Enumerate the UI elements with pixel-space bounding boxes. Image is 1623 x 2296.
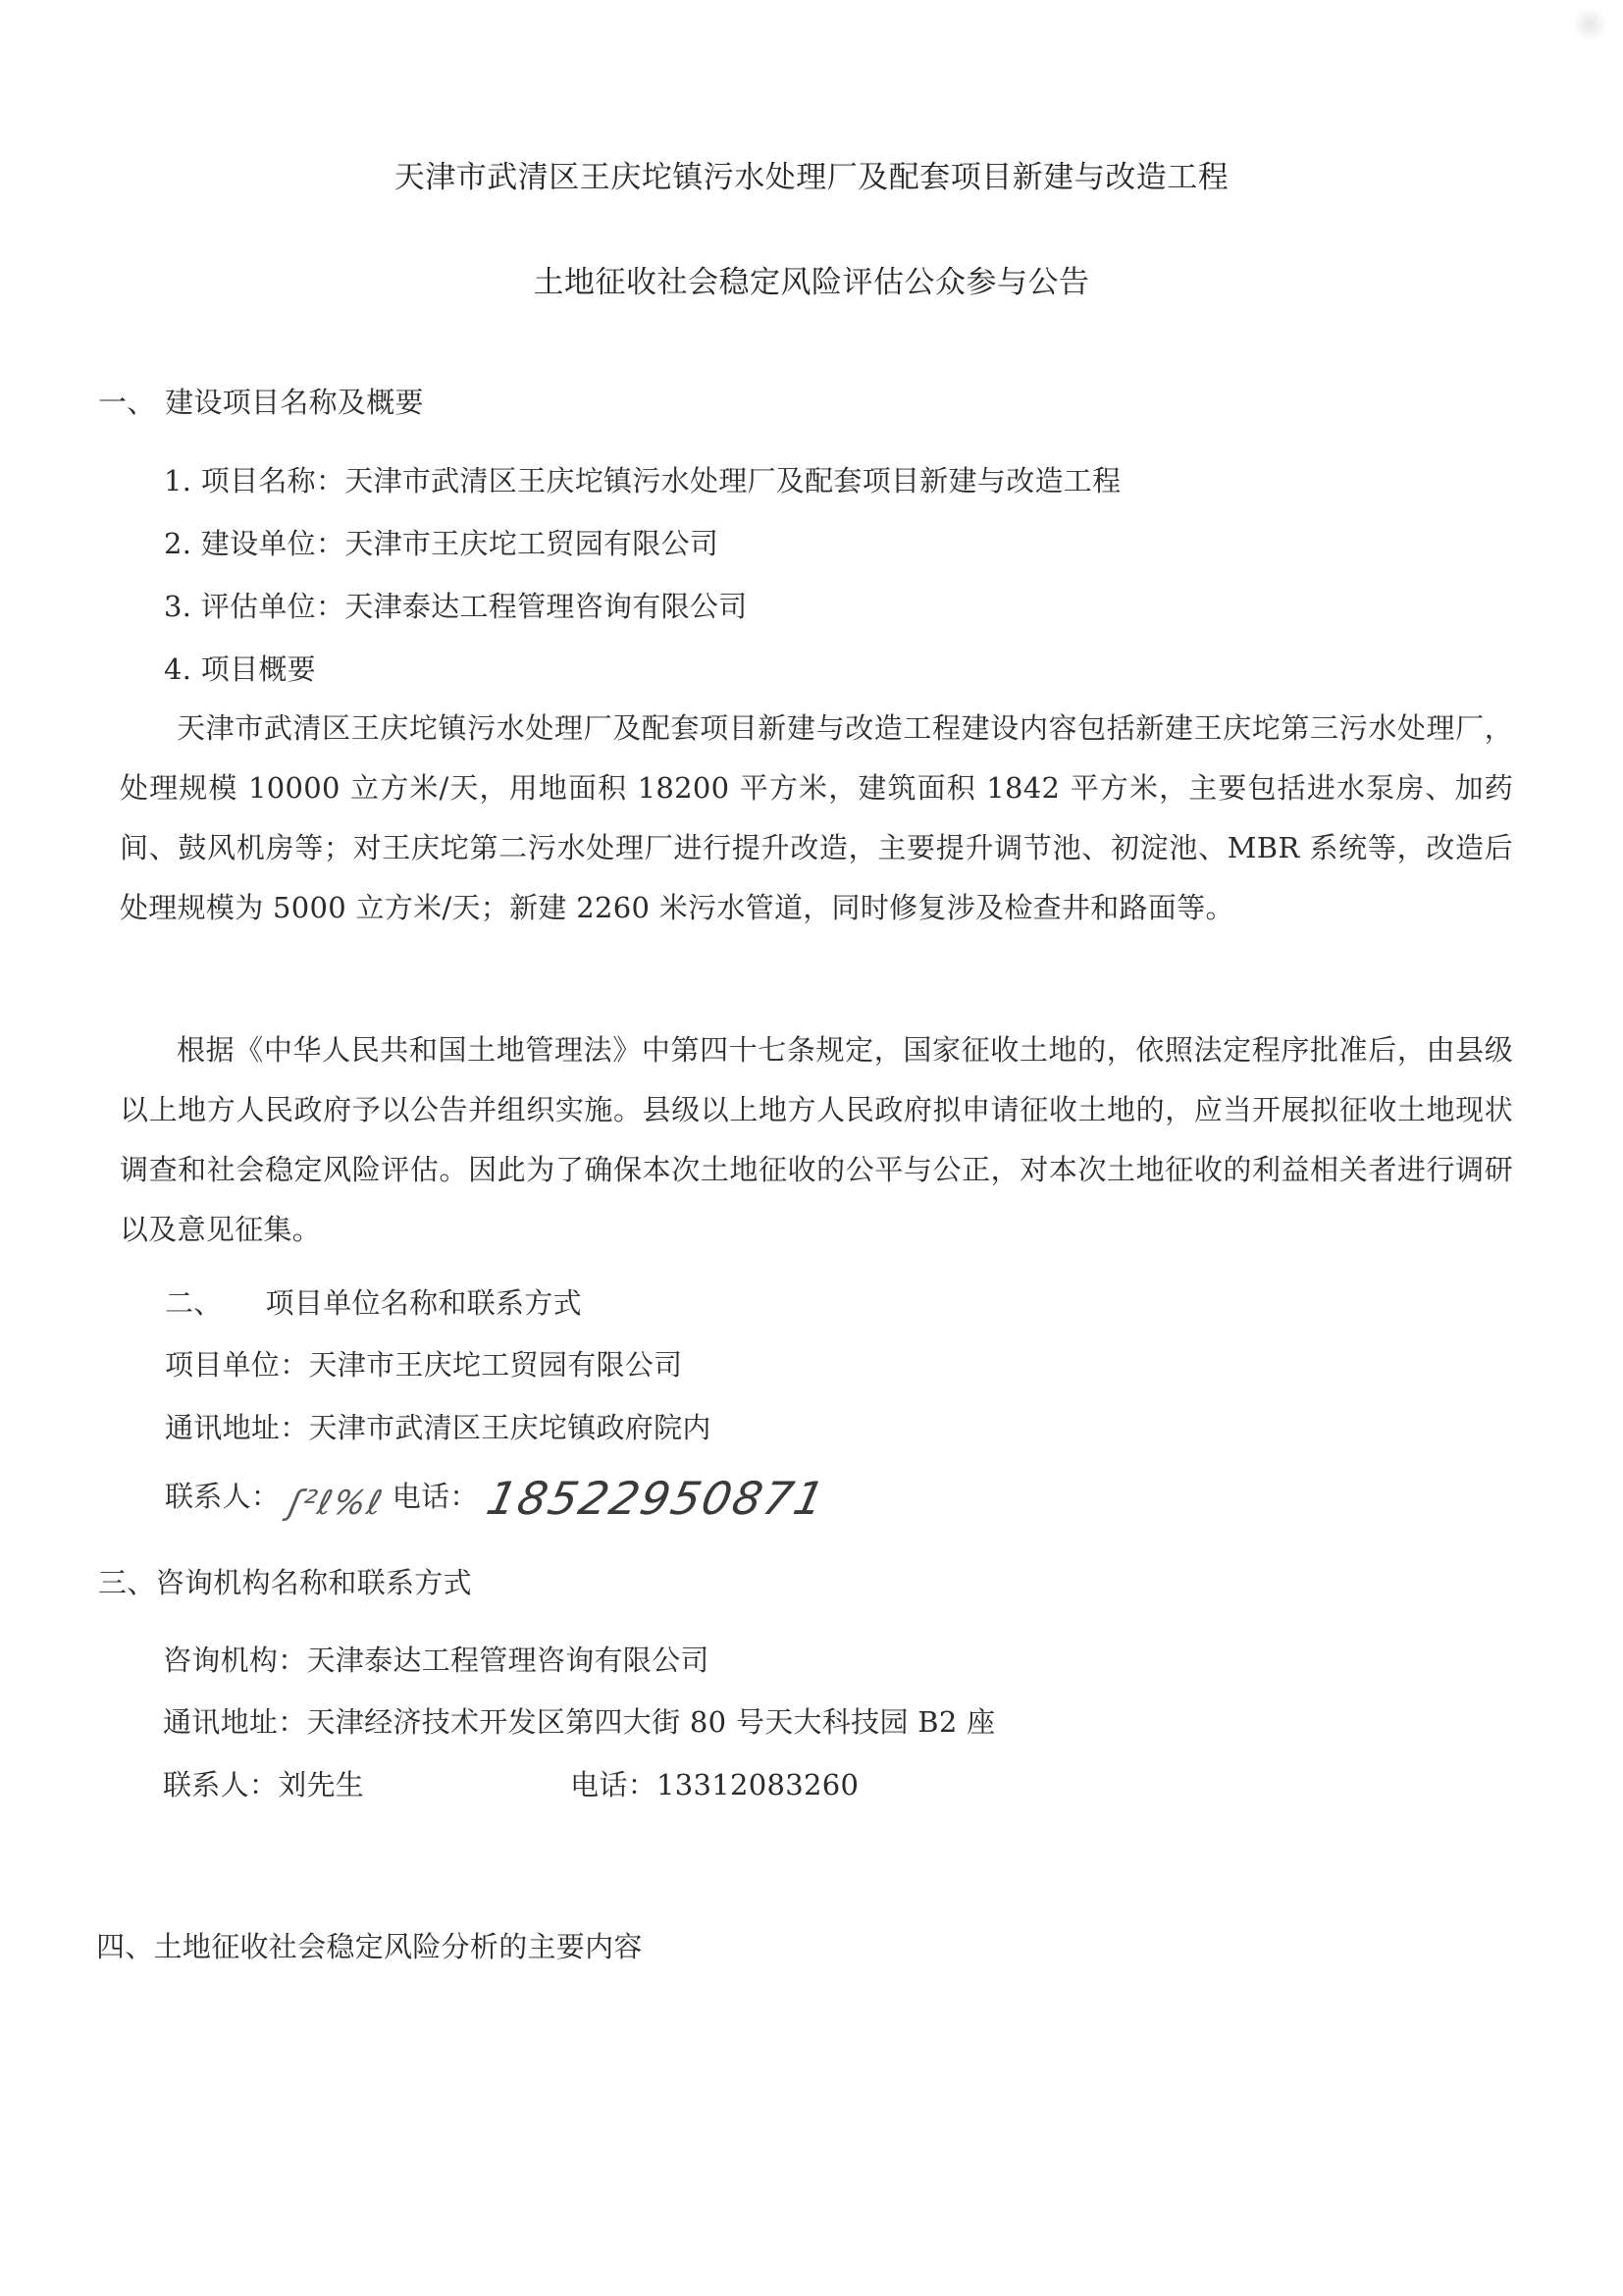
phone-label: 电话： (393, 1480, 479, 1513)
handwritten-signature: ʃ²ℓ%ℓ (285, 1484, 387, 1523)
consulting-phone: 电话：13312083260 (570, 1768, 859, 1801)
project-unit-contact-row: 联系人： ʃ²ℓ%ℓ 电话： 18522950871 (165, 1472, 825, 1525)
document-page: 天津市武清区王庆坨镇污水处理厂及配套项目新建与改造工程 土地征收社会稳定风险评估… (0, 0, 1623, 2296)
consulting-contact: 联系人：刘先生 (163, 1768, 364, 1801)
consulting-agency-address: 通讯地址：天津经济技术开发区第四大街 80 号天大科技园 B2 座 (163, 1700, 995, 1741)
consulting-agency: 咨询机构：天津泰达工程管理咨询有限公司 (163, 1639, 709, 1679)
handwritten-phone: 18522950871 (482, 1472, 830, 1525)
section1-item-builder: 2. 建设单位：天津市王庆坨工贸园有限公司 (164, 522, 718, 562)
section1-item-evaluator: 3. 评估单位：天津泰达工程管理咨询有限公司 (164, 585, 748, 625)
section2-heading-number: 二、 (165, 1286, 223, 1320)
project-unit-address: 通讯地址：天津市武清区王庆坨镇政府院内 (165, 1406, 711, 1446)
contact-label: 联系人： (165, 1480, 280, 1513)
legal-basis-paragraph: 根据《中华人民共和国土地管理法》中第四十七条规定，国家征收土地的，依照法定程序批… (120, 1020, 1513, 1260)
section2-heading: 二、项目单位名称和联系方式 (165, 1281, 582, 1322)
section1-heading: 一、 建设项目名称及概要 (98, 381, 424, 421)
overview-paragraph: 天津市武清区王庆坨镇污水处理厂及配套项目新建与改造工程建设内容包括新建王庆坨第三… (120, 699, 1513, 938)
consulting-contact-row: 联系人：刘先生电话：13312083260 (163, 1763, 859, 1803)
project-unit: 项目单位：天津市王庆坨工贸园有限公司 (165, 1343, 682, 1383)
section3-heading: 三、咨询机构名称和联系方式 (98, 1561, 472, 1601)
section4-heading: 四、土地征收社会稳定风险分析的主要内容 (96, 1925, 643, 1965)
scan-artifact (1570, 10, 1609, 39)
section2-heading-text: 项目单位名称和联系方式 (266, 1286, 582, 1320)
section1-item-overview: 4. 项目概要 (164, 648, 316, 688)
section1-item-project-name: 1. 项目名称：天津市武清区王庆坨镇污水处理厂及配套项目新建与改造工程 (164, 459, 1121, 499)
document-title-line1: 天津市武清区王庆坨镇污水处理厂及配套项目新建与改造工程 (0, 152, 1623, 196)
document-title-line2: 土地征收社会稳定风险评估公众参与公告 (0, 257, 1623, 301)
